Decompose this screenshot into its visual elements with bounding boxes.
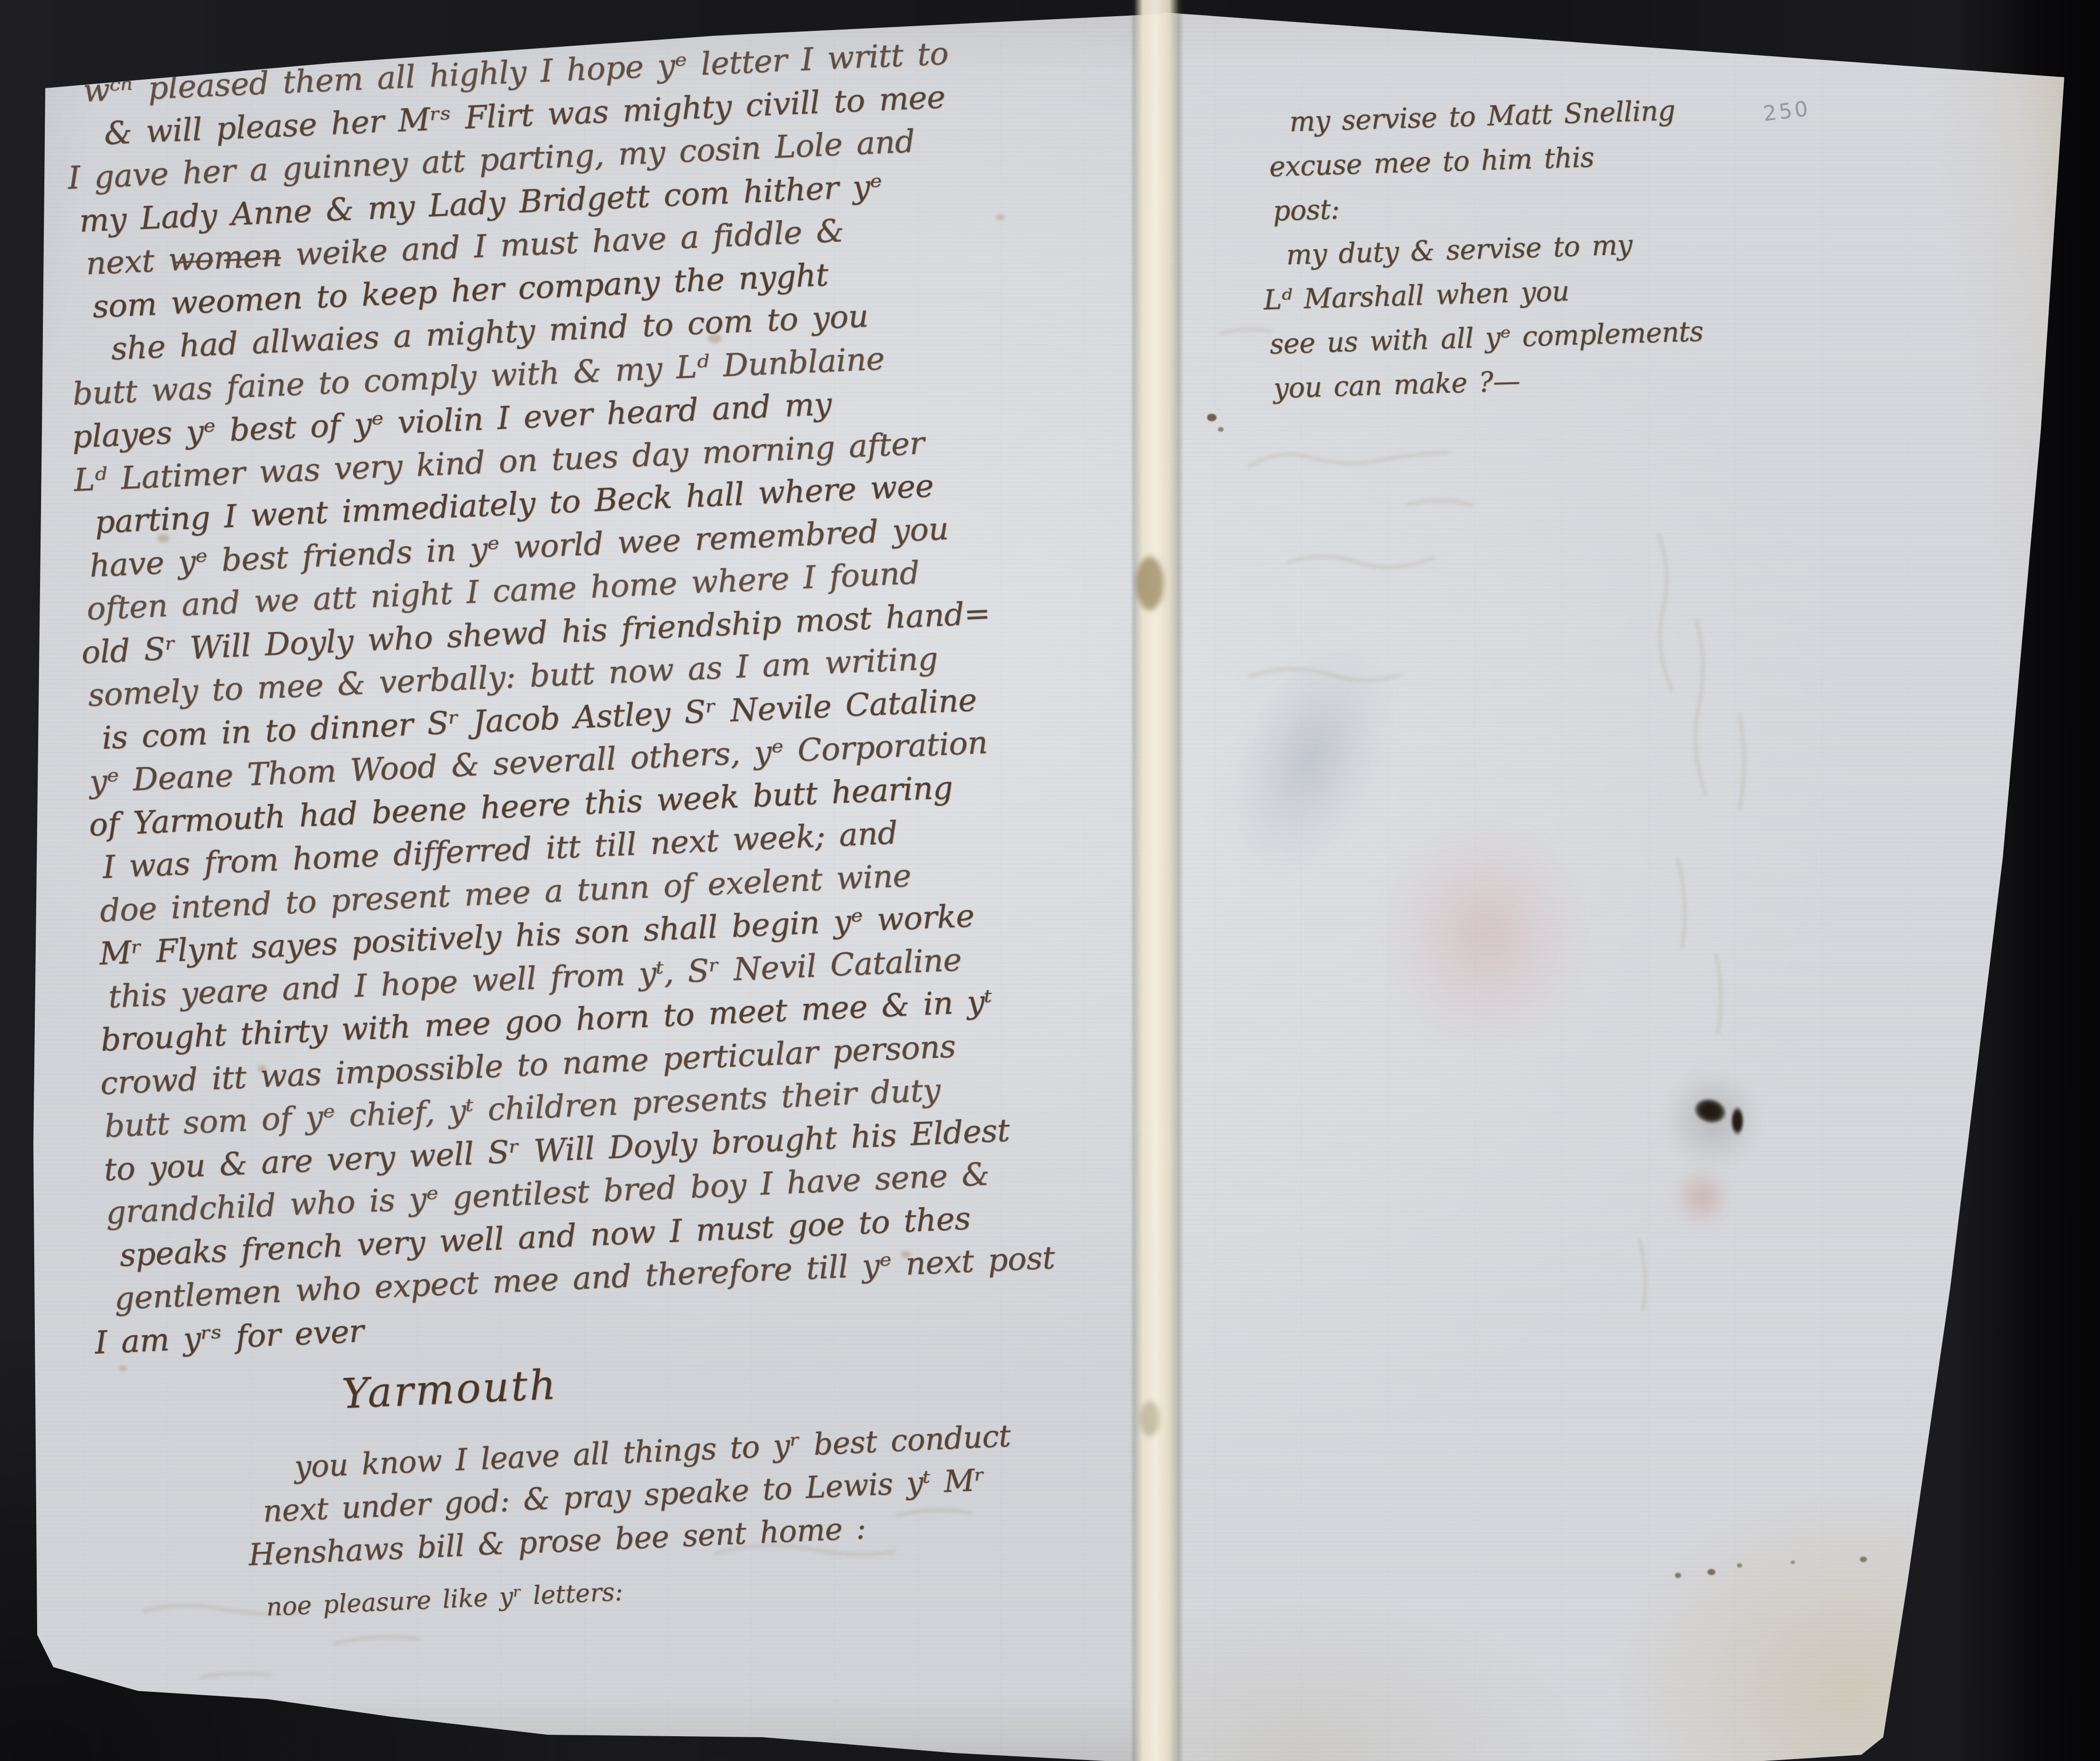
photo-backdrop: Yarmouth noe pleasure like yʳ letters: w… <box>0 0 2100 1761</box>
letter-line: I am yʳˢ for ever <box>94 1314 365 1360</box>
side-note-line: Lᵈ Marshall when you <box>1263 276 1570 316</box>
side-note-text: my servise to Matt Snellingexcuse mee to… <box>1248 92 1809 538</box>
signature: Yarmouth <box>341 1364 558 1415</box>
photo-edge-strip <box>2090 0 2100 1761</box>
fold-stain <box>1140 1401 1160 1436</box>
side-note-line: excuse mee to him this <box>1269 143 1594 183</box>
side-note-line: you can make ?— <box>1273 366 1521 404</box>
side-note-line: see us with all yᵉ complements <box>1269 317 1704 360</box>
side-note-line: my duty & servise to my <box>1286 230 1633 270</box>
fold-stain <box>1136 557 1164 610</box>
closing-note: noe pleasure like yʳ letters: <box>266 1579 624 1620</box>
side-note-line: post: <box>1272 194 1339 226</box>
letter-body-text: Yarmouth noe pleasure like yʳ letters: w… <box>56 26 1261 1723</box>
center-fold-crease <box>1130 0 1184 1761</box>
